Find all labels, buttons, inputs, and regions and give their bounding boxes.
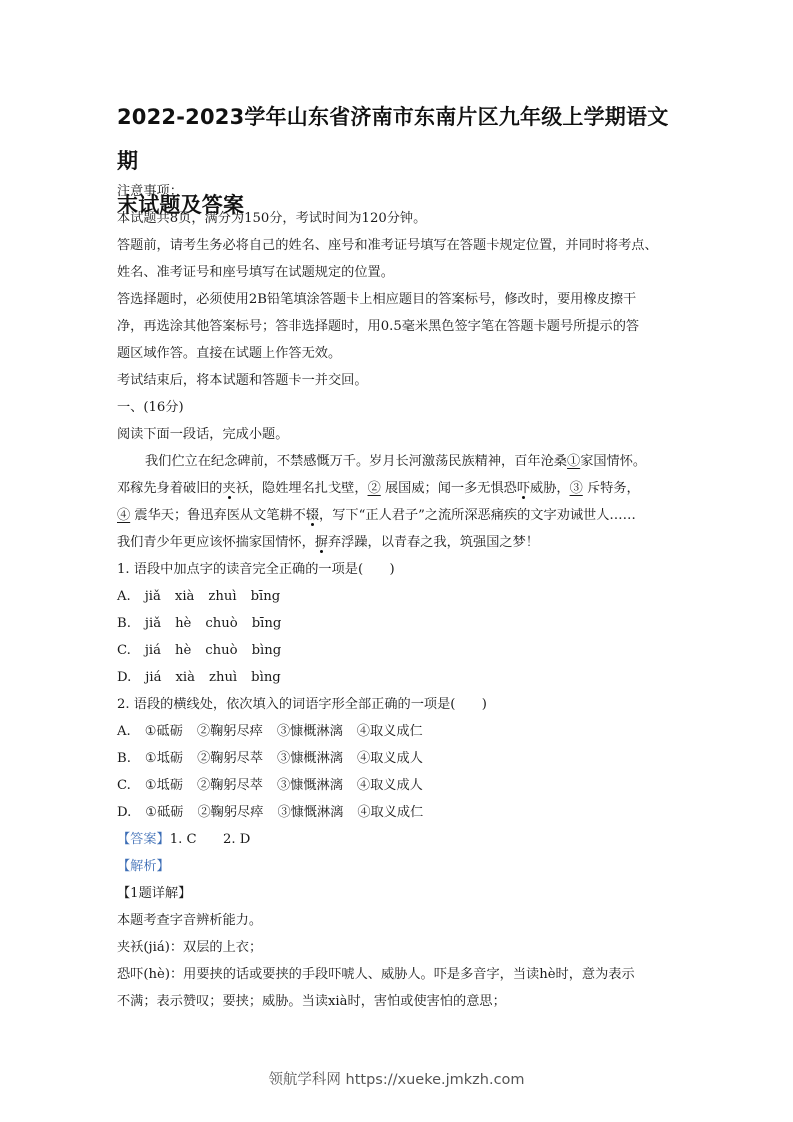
answer-label: 【答案】 [117,832,170,847]
notice-line: 考试结束后，将本试题和答题卡一并交回。 [117,367,692,394]
detail-line: 不满；表示赞叹；要挟；威胁。当读xià时，害怕或使害怕的意思； [117,988,692,1015]
blank-2: ② [368,481,381,496]
question-2: 2. 语段的横线处，依次填入的词语字形全部正确的一项是( ) A.①砥砺②鞠躬尽… [117,691,692,826]
detail-line: 恐吓(hè)：用要挟的话或要挟的手段吓唬人、威胁人。吓是多音字，当读hè时，意为… [117,961,692,988]
notice-line: 答选择题时，必须使用2B铅笔填涂答题卡上相应题目的答案标号，修改时，要用橡皮擦干 [117,286,692,313]
title-line-1: 2022-2023学年山东省济南市东南片区九年级上学期语文期 [117,95,687,183]
passage-line-2: 邓稼先身着破旧的夹袄，隐姓埋名扎戈壁，② 展国威；闻一多无惧恐吓威胁，③ 斥特务… [117,475,692,502]
blank-3: ③ [570,481,583,496]
answer-line: 【答案】1. C 2. D [117,826,692,853]
question-1: 1. 语段中加点字的读音完全正确的一项是( ) A.jiǎxiàzhuìbīng… [117,556,692,691]
notice-line: 姓名、准考证号和座号填写在试题规定的位置。 [117,259,692,286]
option-b: B.①坻砺②鞠躬尽萃③慷概淋漓④取义成人 [117,745,692,772]
passage-line-3: ④ 震华天；鲁迅弃医从文笔耕不辍，写下“正人君子”之流所深恶痛疾的文字劝诫世人…… [117,502,692,529]
dotted-char: 夹 [223,481,236,496]
notice-line: 净，再选涂其他答案标号；答非选择题时，用0.5毫米黑色签字笔在答题卡题号所提示的… [117,313,692,340]
document-page: 2022-2023学年山东省济南市东南片区九年级上学期语文期 末试题及答案 注意… [0,0,793,1122]
option-a: A.①砥砺②鞠躬尽瘁③慷概淋漓④取义成仁 [117,718,692,745]
notice-line: 本试题共8页，满分为150分，考试时间为120分钟。 [117,205,692,232]
option-c: C.jiáhèchuòbìng [117,637,692,664]
notice-line: 答题前，请考生务必将自己的姓名、座号和准考证号填写在答题卡规定位置，并同时将考点… [117,232,692,259]
passage-line-4: 我们青少年更应该怀揣家国情怀，摒弃浮躁，以青春之我，筑强国之梦！ [117,529,692,556]
dotted-char: 吓 [517,481,530,496]
dotted-char: 摒 [315,535,328,550]
notice-heading: 注意事项： [117,178,692,205]
detail-line: 本题考查字音辨析能力。 [117,907,692,934]
detail-heading: 【1题详解】 [117,880,692,907]
option-a: A.jiǎxiàzhuìbīng [117,583,692,610]
detail-line: 夹袄(jiá)：双层的上衣； [117,934,692,961]
option-d: D.①砥砺②鞠躬尽瘁③慷慨淋漓④取义成仁 [117,799,692,826]
option-b: B.jiǎhèchuòbīng [117,610,692,637]
reading-passage: 我们伫立在纪念碑前，不禁感慨万千。岁月长河激荡民族精神，百年沧桑①家国情怀。 邓… [117,448,692,556]
analysis-label: 【解析】 [117,853,692,880]
section-heading: 一、(16分) [117,394,692,421]
footer-watermark: 领航学科网 https://xueke.jmkzh.com [0,1068,793,1089]
section-instruction: 阅读下面一段话，完成小题。 [117,421,692,448]
document-body: 注意事项： 本试题共8页，满分为150分，考试时间为120分钟。 答题前，请考生… [117,178,692,1015]
answer-text: 1. C 2. D [170,832,251,847]
passage-line-1: 我们伫立在纪念碑前，不禁感慨万千。岁月长河激荡民族精神，百年沧桑①家国情怀。 [117,448,692,475]
dotted-char: 辍 [306,508,319,523]
blank-4: ④ [117,508,130,523]
option-c: C.①坻砺②鞠躬尽萃③慷慨淋漓④取义成人 [117,772,692,799]
notice-line: 题区域作答。直接在试题上作答无效。 [117,340,692,367]
question-stem: 2. 语段的横线处，依次填入的词语字形全部正确的一项是( ) [117,691,692,718]
question-stem: 1. 语段中加点字的读音完全正确的一项是( ) [117,556,692,583]
blank-1: ① [567,454,580,469]
option-d: D.jiáxiàzhuìbìng [117,664,692,691]
